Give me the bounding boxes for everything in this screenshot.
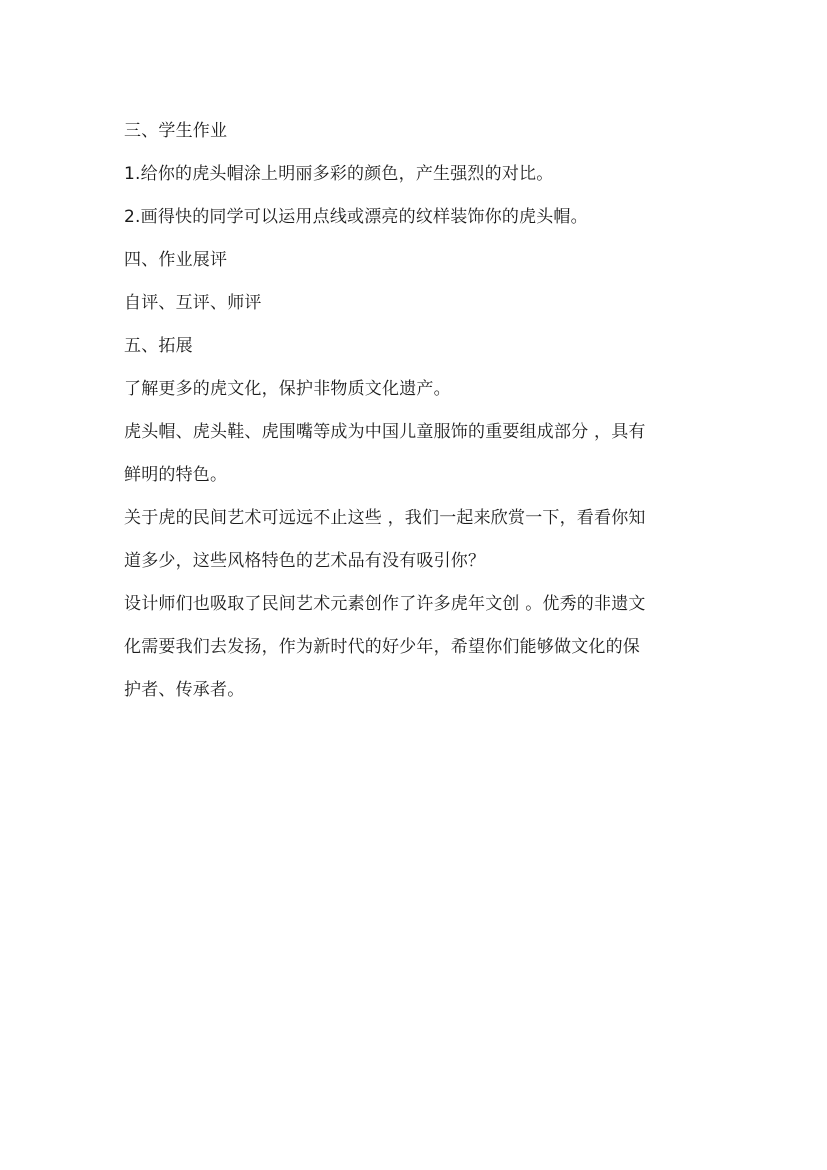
extension-paragraph-4-line-3: 护者、传承者。	[124, 669, 709, 712]
section-heading-student-homework: 三、学生作业	[124, 110, 709, 153]
document-page: 三、学生作业 1.给你的虎头帽涂上明丽多彩的颜色，产生强烈的对比。 2.画得快的…	[0, 0, 827, 1170]
homework-item-2: 2.画得快的同学可以运用点线或漂亮的纹样装饰你的虎头帽。	[124, 196, 709, 239]
extension-paragraph-4-line-2: 化需要我们去发扬，作为新时代的好少年，希望你们能够做文化的保	[124, 626, 709, 669]
homework-item-1: 1.给你的虎头帽涂上明丽多彩的颜色，产生强烈的对比。	[124, 153, 709, 196]
extension-paragraph-4-line-1: 设计师们也吸取了民间艺术元素创作了许多虎年文创 。优秀的非遗文	[124, 583, 709, 626]
extension-paragraph-1: 了解更多的虎文化，保护非物质文化遗产。	[124, 368, 709, 411]
review-methods: 自评、互评、师评	[124, 282, 709, 325]
extension-paragraph-2-line-2: 鲜明的特色。	[124, 454, 709, 497]
extension-paragraph-3-line-1: 关于虎的民间艺术可远远不止这些 ，我们一起来欣赏一下，看看你知	[124, 497, 709, 540]
extension-paragraph-2-line-1: 虎头帽、虎头鞋、虎围嘴等成为中国儿童服饰的重要组成部分 ，具有	[124, 411, 709, 454]
extension-paragraph-3-line-2: 道多少，这些风格特色的艺术品有没有吸引你？	[124, 540, 709, 583]
section-heading-homework-review: 四、作业展评	[124, 239, 709, 282]
document-body: 三、学生作业 1.给你的虎头帽涂上明丽多彩的颜色，产生强烈的对比。 2.画得快的…	[124, 110, 709, 712]
section-heading-extension: 五、拓展	[124, 325, 709, 368]
